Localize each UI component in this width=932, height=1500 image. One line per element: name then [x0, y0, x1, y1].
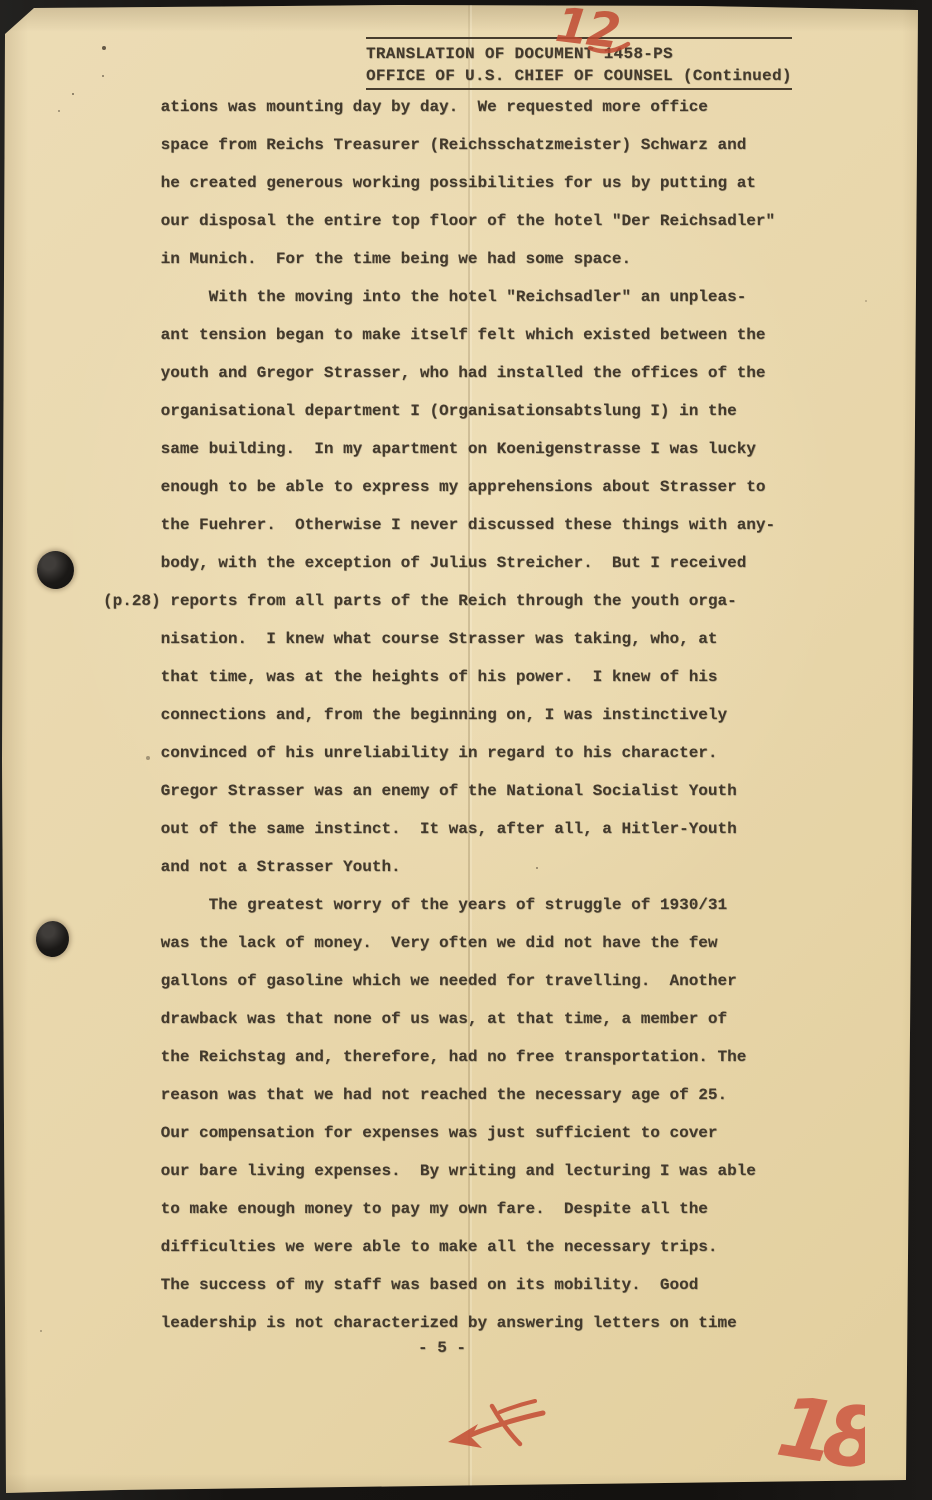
typed-line: convinced of his unreliability in regard…	[103, 734, 775, 772]
typed-line: out of the same instinct. It was, after …	[103, 810, 775, 848]
typed-line: The greatest worry of the years of strug…	[103, 886, 775, 924]
typed-line: ant tension began to make itself felt wh…	[103, 316, 775, 354]
paper-speckles	[0, 0, 2, 2]
handwritten-number-18-icon: 18	[770, 1372, 865, 1492]
typed-line: to make enough money to pay my own fare.…	[103, 1190, 775, 1228]
typed-line: enough to be able to express my apprehen…	[103, 468, 775, 506]
typed-line: drawback was that none of us was, at tha…	[103, 1000, 775, 1038]
typed-line: our disposal the entire top floor of the…	[103, 202, 775, 240]
typed-line: Our compensation for expenses was just s…	[103, 1114, 775, 1152]
typed-line: was the lack of money. Very often we did…	[103, 924, 775, 962]
typed-line: that time, was at the heights of his pow…	[103, 658, 775, 696]
typed-line: reason was that we had not reached the n…	[103, 1076, 775, 1114]
header-office-line: OFFICE OF U.S. CHIEF OF COUNSEL (Continu…	[366, 65, 792, 90]
typed-line: the Fuehrer. Otherwise I never discussed…	[103, 506, 775, 544]
handwritten-page-number-12-icon: 12	[544, 0, 654, 66]
handwritten-18-text: 18	[771, 1377, 865, 1490]
typed-line: organisational department I (Organisatio…	[103, 392, 775, 430]
typed-line: same building. In my apartment on Koenig…	[103, 430, 775, 468]
typed-line: nisation. I knew what course Strasser wa…	[103, 620, 775, 658]
scanned-document-page: TRANSLATION OF DOCUMENT 1458-PS OFFICE O…	[0, 0, 932, 1500]
page-number: - 5 -	[418, 1337, 466, 1359]
typed-line: space from Reichs Treasurer (Reichsschat…	[103, 126, 775, 164]
typed-line: (p.28) reports from all parts of the Rei…	[103, 582, 775, 620]
typed-line: our bare living expenses. By writing and…	[103, 1152, 775, 1190]
typed-line: Gregor Strasser was an enemy of the Nati…	[103, 772, 775, 810]
typed-line: youth and Gregor Strasser, who had insta…	[103, 354, 775, 392]
typed-line: connections and, from the beginning on, …	[103, 696, 775, 734]
typed-line: in Munich. For the time being we had som…	[103, 240, 775, 278]
typed-line: difficulties we were able to make all th…	[103, 1228, 775, 1266]
typed-line: gallons of gasoline which we needed for …	[103, 962, 775, 1000]
document-body: ations was mounting day by day. We reque…	[103, 88, 775, 1342]
typed-line: the Reichstag and, therefore, had no fre…	[103, 1038, 775, 1076]
typed-line: he created generous working possibilitie…	[103, 164, 775, 202]
typed-line: The success of my staff was based on its…	[103, 1266, 775, 1304]
red-left-arrow-scribble-icon	[440, 1388, 560, 1463]
paper-sheet: TRANSLATION OF DOCUMENT 1458-PS OFFICE O…	[0, 0, 932, 1500]
typed-line: body, with the exception of Julius Strei…	[103, 544, 775, 582]
typed-line: ations was mounting day by day. We reque…	[103, 88, 775, 126]
typed-line: and not a Strasser Youth.	[103, 848, 775, 886]
typed-line: With the moving into the hotel "Reichsad…	[103, 278, 775, 316]
